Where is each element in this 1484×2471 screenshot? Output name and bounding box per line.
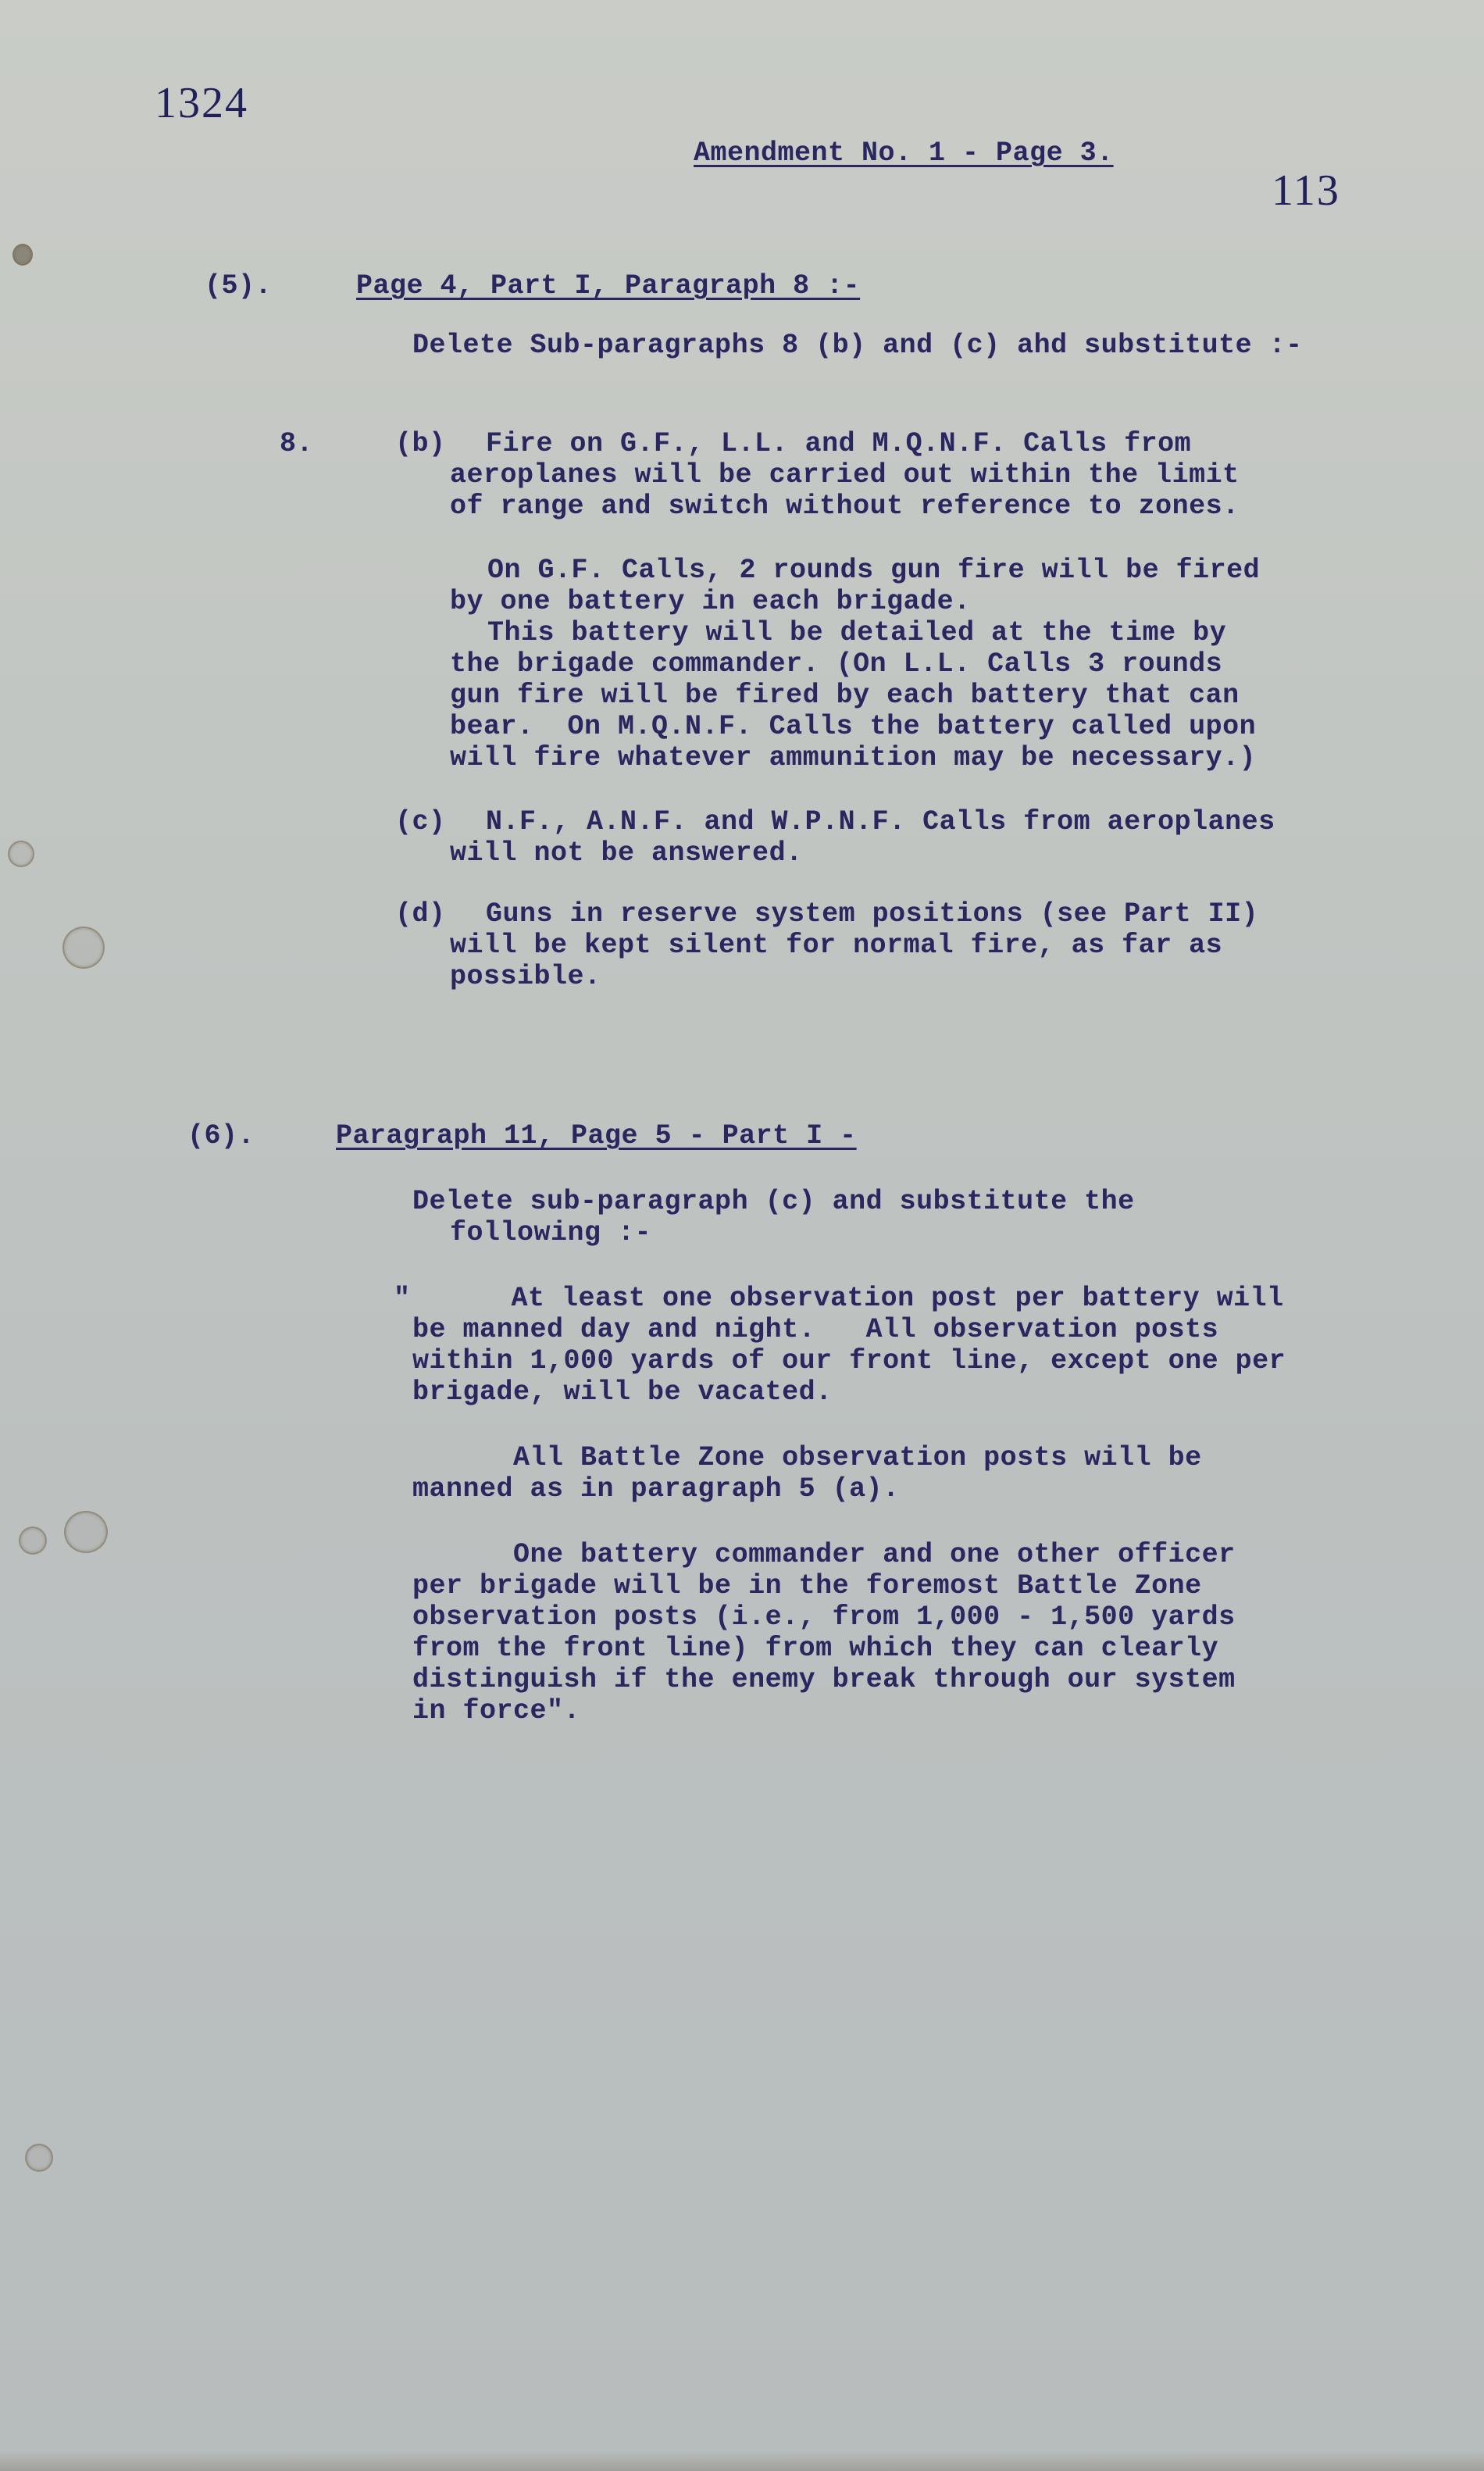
quoted-text: from the front line) from which they can… [412, 1633, 1218, 1664]
quoted-text: be manned day and night. All observation… [412, 1314, 1218, 1345]
section-instruction: Delete Sub-paragraphs 8 (b) and (c) ahd … [412, 330, 1303, 361]
punch-hole [8, 841, 34, 867]
continuation-text: by one battery in each brigade. [450, 586, 971, 617]
quoted-text: All Battle Zone observation posts will b… [412, 1442, 1202, 1473]
page-reference: Amendment No. 1 - Page 3. [694, 137, 1114, 169]
section-heading: Page 4, Part I, Paragraph 8 :- [356, 270, 860, 302]
punch-hole [64, 1511, 108, 1553]
subparagraph-text: aeroplanes will be carried out within th… [450, 459, 1240, 491]
subparagraph-text: will be kept silent for normal fire, as … [450, 930, 1222, 961]
continuation-text: On G.F. Calls, 2 rounds gun fire will be… [487, 555, 1260, 586]
subparagraph-text: will not be answered. [450, 837, 803, 869]
quoted-text: distinguish if the enemy break through o… [412, 1664, 1236, 1695]
continuation-text: bear. On M.Q.N.F. Calls the battery call… [450, 711, 1256, 742]
subparagraph-text: Guns in reserve system positions (see Pa… [486, 898, 1258, 930]
continuation-text: will fire whatever ammunition may be nec… [450, 742, 1256, 773]
punch-hole [62, 927, 105, 969]
continuation-text: gun fire will be fired by each battery t… [450, 680, 1240, 711]
continuation-text: This battery will be detailed at the tim… [487, 617, 1226, 648]
quoted-text: One battery commander and one other offi… [412, 1539, 1236, 1570]
punch-hole [25, 2144, 53, 2172]
quoted-text: in force". [412, 1695, 580, 1726]
quoted-text: per brigade will be in the foremost Batt… [412, 1570, 1202, 1602]
subparagraph-label: (c) [395, 806, 446, 837]
folio-number: 113 [1272, 166, 1340, 216]
subparagraph-label: (d) [395, 898, 446, 930]
quoted-text: brigade, will be vacated. [412, 1377, 833, 1408]
continuation-text: the brigade commander. (On L.L. Calls 3 … [450, 648, 1222, 680]
paper-edge [0, 2451, 1484, 2471]
paragraph-number: 8. [280, 428, 313, 459]
quoted-text: " At least one observation post per batt… [394, 1283, 1284, 1314]
section-instruction: following :- [450, 1217, 651, 1248]
file-number: 1324 [155, 78, 248, 128]
quoted-text: manned as in paragraph 5 (a). [412, 1473, 900, 1505]
punch-hole [19, 1527, 47, 1555]
subparagraph-text: possible. [450, 961, 601, 992]
subparagraph-text: Fire on G.F., L.L. and M.Q.N.F. Calls fr… [486, 428, 1191, 459]
section-heading: Paragraph 11, Page 5 - Part I - [336, 1120, 857, 1152]
quoted-text: observation posts (i.e., from 1,000 - 1,… [412, 1602, 1236, 1633]
section-number: (5). [205, 270, 272, 302]
subparagraph-text: N.F., A.N.F. and W.P.N.F. Calls from aer… [486, 806, 1275, 837]
section-number: (6). [187, 1120, 255, 1152]
subparagraph-text: of range and switch without reference to… [450, 491, 1240, 522]
subparagraph-label: (b) [395, 428, 446, 459]
section-instruction: Delete sub-paragraph (c) and substitute … [412, 1186, 1135, 1217]
punch-hole [12, 244, 33, 266]
quoted-text: within 1,000 yards of our front line, ex… [412, 1345, 1286, 1377]
